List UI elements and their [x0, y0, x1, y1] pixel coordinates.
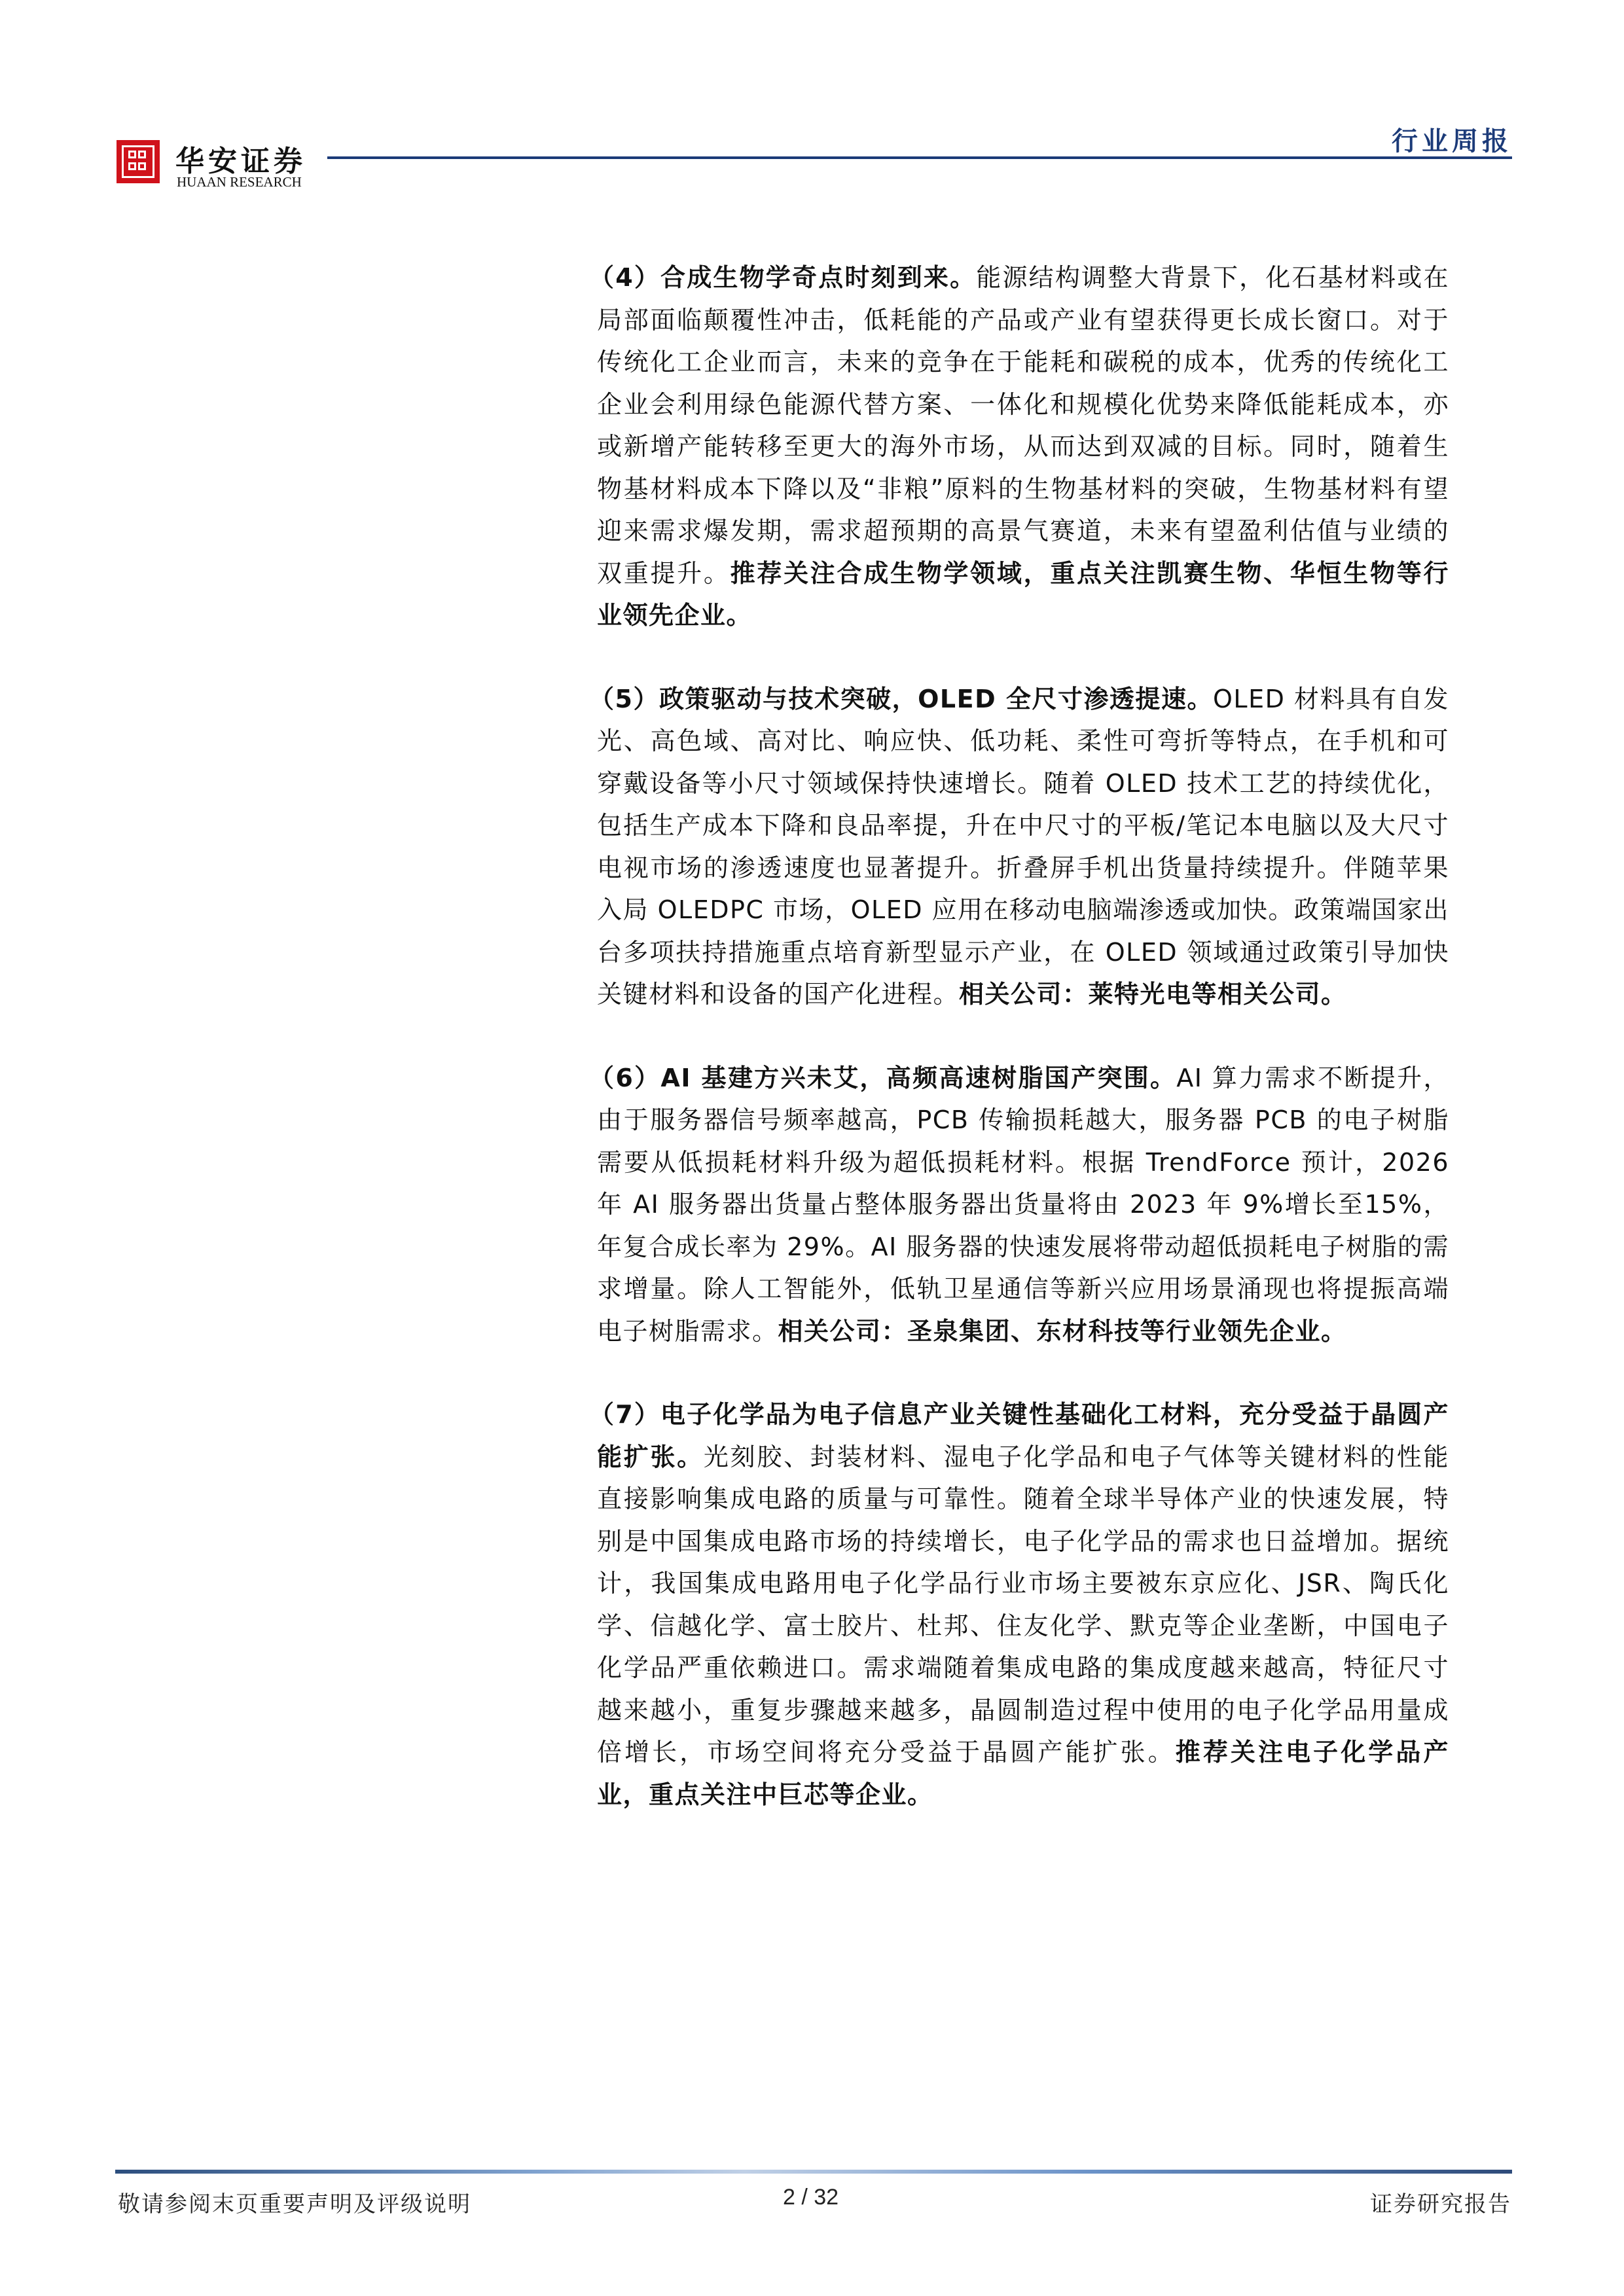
- huaan-logo-icon: [117, 140, 160, 183]
- section-conclusion: 相关公司：莱特光电等相关公司。: [959, 980, 1347, 1009]
- page-number: 2 / 32: [783, 2185, 839, 2210]
- page-header: 华安证券 HUAAN RESEARCH 行业周报: [0, 0, 1624, 209]
- main-content: （4）合成生物学奇点时刻到来。能源结构调整大背景下，化石基材料或在局部面临颠覆性…: [597, 257, 1449, 1857]
- section-body: OLED 材料具有自发光、高色域、高对比、响应快、低功耗、柔性可弯折等特点，在手…: [597, 685, 1449, 1009]
- section-paragraph-6: （6）AI 基建方兴未艾，高频高速树脂国产突围。AI 算力需求不断提升，由于服务…: [597, 1057, 1449, 1353]
- company-name-en: HUAAN RESEARCH: [177, 174, 302, 190]
- section-heading: （5）政策驱动与技术突破，OLED 全尺寸渗透提速。: [589, 685, 1213, 713]
- section-body: 光刻胶、封装材料、湿电子化学品和电子气体等关键材料的性能直接影响集成电路的质量与…: [597, 1443, 1449, 1767]
- report-type-title: 行业周报: [1392, 120, 1512, 158]
- section-paragraph-4: （4）合成生物学奇点时刻到来。能源结构调整大背景下，化石基材料或在局部面临颠覆性…: [597, 257, 1449, 637]
- section-conclusion: 相关公司：圣泉集团、东材科技等行业领先企业。: [778, 1317, 1347, 1346]
- section-heading: （4）合成生物学奇点时刻到来。: [589, 263, 976, 292]
- footer-doc-type: 证券研究报告: [1370, 2186, 1511, 2218]
- company-name-cn: 华安证券: [175, 137, 306, 179]
- footer-disclaimer: 敬请参阅末页重要声明及评级说明: [118, 2186, 471, 2218]
- header-divider: [327, 156, 1512, 159]
- section-paragraph-5: （5）政策驱动与技术突破，OLED 全尺寸渗透提速。OLED 材料具有自发光、高…: [597, 678, 1449, 1016]
- section-body: 能源结构调整大背景下，化石基材料或在局部面临颠覆性冲击，低耗能的产品或产业有望获…: [597, 263, 1449, 588]
- section-paragraph-7: （7）电子化学品为电子信息产业关键性基础化工材料，充分受益于晶圆产能扩张。光刻胶…: [597, 1393, 1449, 1816]
- footer-divider: [115, 2170, 1512, 2174]
- section-heading: （6）AI 基建方兴未艾，高频高速树脂国产突围。: [589, 1064, 1176, 1092]
- section-body: AI 算力需求不断提升，由于服务器信号频率越高，PCB 传输损耗越大，服务器 P…: [597, 1064, 1449, 1346]
